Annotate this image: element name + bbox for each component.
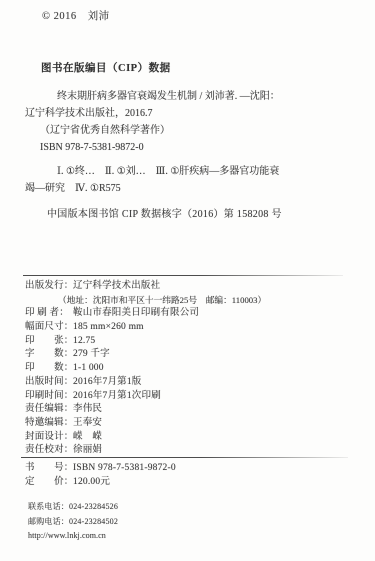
contact-phone-row: 联系电话：024-23284526 bbox=[28, 499, 118, 514]
colophon-row-isbn: 书 号：ISBN 978-7-5381-9872-0 bbox=[25, 462, 365, 476]
row-value: 185 mm×260 mm bbox=[73, 322, 144, 332]
cip-classification-line1: Ⅰ. ①终… Ⅱ. ①刘… Ⅲ. ①肝疾病—多器官功能衰 bbox=[25, 163, 355, 180]
cip-record-number: 中国版本图书馆 CIP 数据核字（2016）第 158208 号 bbox=[47, 205, 282, 220]
colophon-row-cover-design: 封面设计：嵘 嵘 bbox=[25, 431, 365, 445]
colophon-row-publisher: 出版发行：辽宁科学技术出版社 bbox=[25, 280, 365, 294]
cip-isbn-line: ISBN 978-7-5381-9872-0 bbox=[25, 139, 355, 156]
row-label: 幅面尺寸： bbox=[25, 321, 73, 335]
row-label: 定 价： bbox=[25, 476, 73, 490]
row-label: 责任校对： bbox=[25, 444, 73, 458]
cip-entry-block: 终末期肝病多器官衰竭发生机制 / 刘沛著. —沈阳： 辽宁科学技术出版社，201… bbox=[25, 88, 355, 156]
row-label: 印 数： bbox=[25, 362, 73, 376]
cip-classification-block: Ⅰ. ①终… Ⅱ. ①刘… Ⅲ. ①肝疾病—多器官功能衰 竭—研究 Ⅳ. ①R5… bbox=[25, 163, 355, 197]
row-label: 出版发行： bbox=[25, 280, 73, 294]
contact-label: 联系电话： bbox=[28, 502, 69, 511]
row-label: 特邀编辑： bbox=[25, 417, 73, 431]
row-value: 王奉安 bbox=[73, 418, 102, 428]
colophon-row-print-run: 印 数：1-1 000 bbox=[25, 362, 365, 376]
colophon-row-managing-editor: 责任编辑：李伟民 bbox=[25, 403, 365, 417]
colophon-row-guest-editor: 特邀编辑：王奉安 bbox=[25, 417, 365, 431]
colophon-row-price: 定 价：120.00元 bbox=[25, 476, 365, 490]
row-value: 辽宁科学技术出版社 bbox=[73, 281, 160, 291]
row-value: 2016年7月第1版 bbox=[73, 377, 142, 387]
cip-title-author-line: 终末期肝病多器官衰竭发生机制 / 刘沛著. —沈阳： bbox=[25, 88, 355, 105]
row-value: 鞍山市春阳美日印刷有限公司 bbox=[73, 308, 199, 318]
row-value: 嵘 嵘 bbox=[73, 432, 102, 442]
colophon-row-printer: 印 刷 者：鞍山市春阳美日印刷有限公司 bbox=[25, 307, 365, 321]
colophon-row-word-count: 字 数：279 千字 bbox=[25, 348, 365, 362]
cip-data-heading: 图书在版编目（CIP）数据 bbox=[41, 60, 171, 75]
isbn-divider-rule bbox=[21, 457, 348, 458]
row-label: 字 数： bbox=[25, 348, 73, 362]
copyright-notice: © 2016 刘沛 bbox=[42, 8, 110, 23]
colophon-row-dimensions: 幅面尺寸：185 mm×260 mm bbox=[25, 321, 365, 335]
row-value: 279 千字 bbox=[73, 349, 110, 359]
row-value: ISBN 978-7-5381-9872-0 bbox=[73, 463, 176, 473]
contact-value: 024-23284526 bbox=[69, 502, 118, 511]
row-value: 1-1 000 bbox=[73, 363, 104, 373]
row-value: 徐丽娟 bbox=[73, 445, 102, 455]
publisher-address-note: （地址：沈阳市和平区十一纬路25号 邮编：110003） bbox=[25, 294, 365, 308]
row-value: 120.00元 bbox=[73, 477, 110, 487]
row-value: 12.75 bbox=[73, 336, 95, 346]
cip-series-line: （辽宁省优秀自然科学著作） bbox=[25, 122, 355, 139]
row-label: 印刷时间： bbox=[25, 390, 73, 404]
colophon-row-proofreader: 责任校对：徐丽娟 bbox=[25, 444, 365, 458]
row-label: 封面设计： bbox=[25, 431, 73, 445]
contact-block: 联系电话：024-23284526 邮购电话：024-23284502 http… bbox=[28, 499, 118, 543]
row-label: 书 号： bbox=[25, 462, 73, 476]
colophon-row-print-date: 印刷时间：2016年7月第1次印刷 bbox=[25, 390, 365, 404]
row-label: 印 刷 者： bbox=[25, 307, 73, 321]
row-value: 2016年7月第1次印刷 bbox=[73, 391, 161, 401]
colophon-row-sheets: 印 张：12.75 bbox=[25, 335, 365, 349]
cip-classification-line2: 竭—研究 Ⅳ. ①R575 bbox=[25, 180, 355, 197]
row-label: 责任编辑： bbox=[25, 403, 73, 417]
publisher-website-url: http://www.lnkj.com.cn bbox=[28, 528, 118, 543]
row-label: 印 张： bbox=[25, 335, 73, 349]
row-label: 出版时间： bbox=[25, 376, 73, 390]
mail-order-phone-row: 邮购电话：024-23284502 bbox=[28, 514, 118, 529]
book-copyright-page: © 2016 刘沛 图书在版编目（CIP）数据 终末期肝病多器官衰竭发生机制 /… bbox=[0, 0, 375, 561]
row-value: 李伟民 bbox=[73, 404, 102, 414]
contact-label: 邮购电话： bbox=[28, 517, 69, 526]
colophon-row-publish-date: 出版时间：2016年7月第1版 bbox=[25, 376, 365, 390]
contact-value: 024-23284502 bbox=[69, 517, 118, 526]
section-divider-rule bbox=[23, 275, 343, 276]
cip-publisher-line: 辽宁科学技术出版社，2016.7 bbox=[25, 105, 355, 122]
